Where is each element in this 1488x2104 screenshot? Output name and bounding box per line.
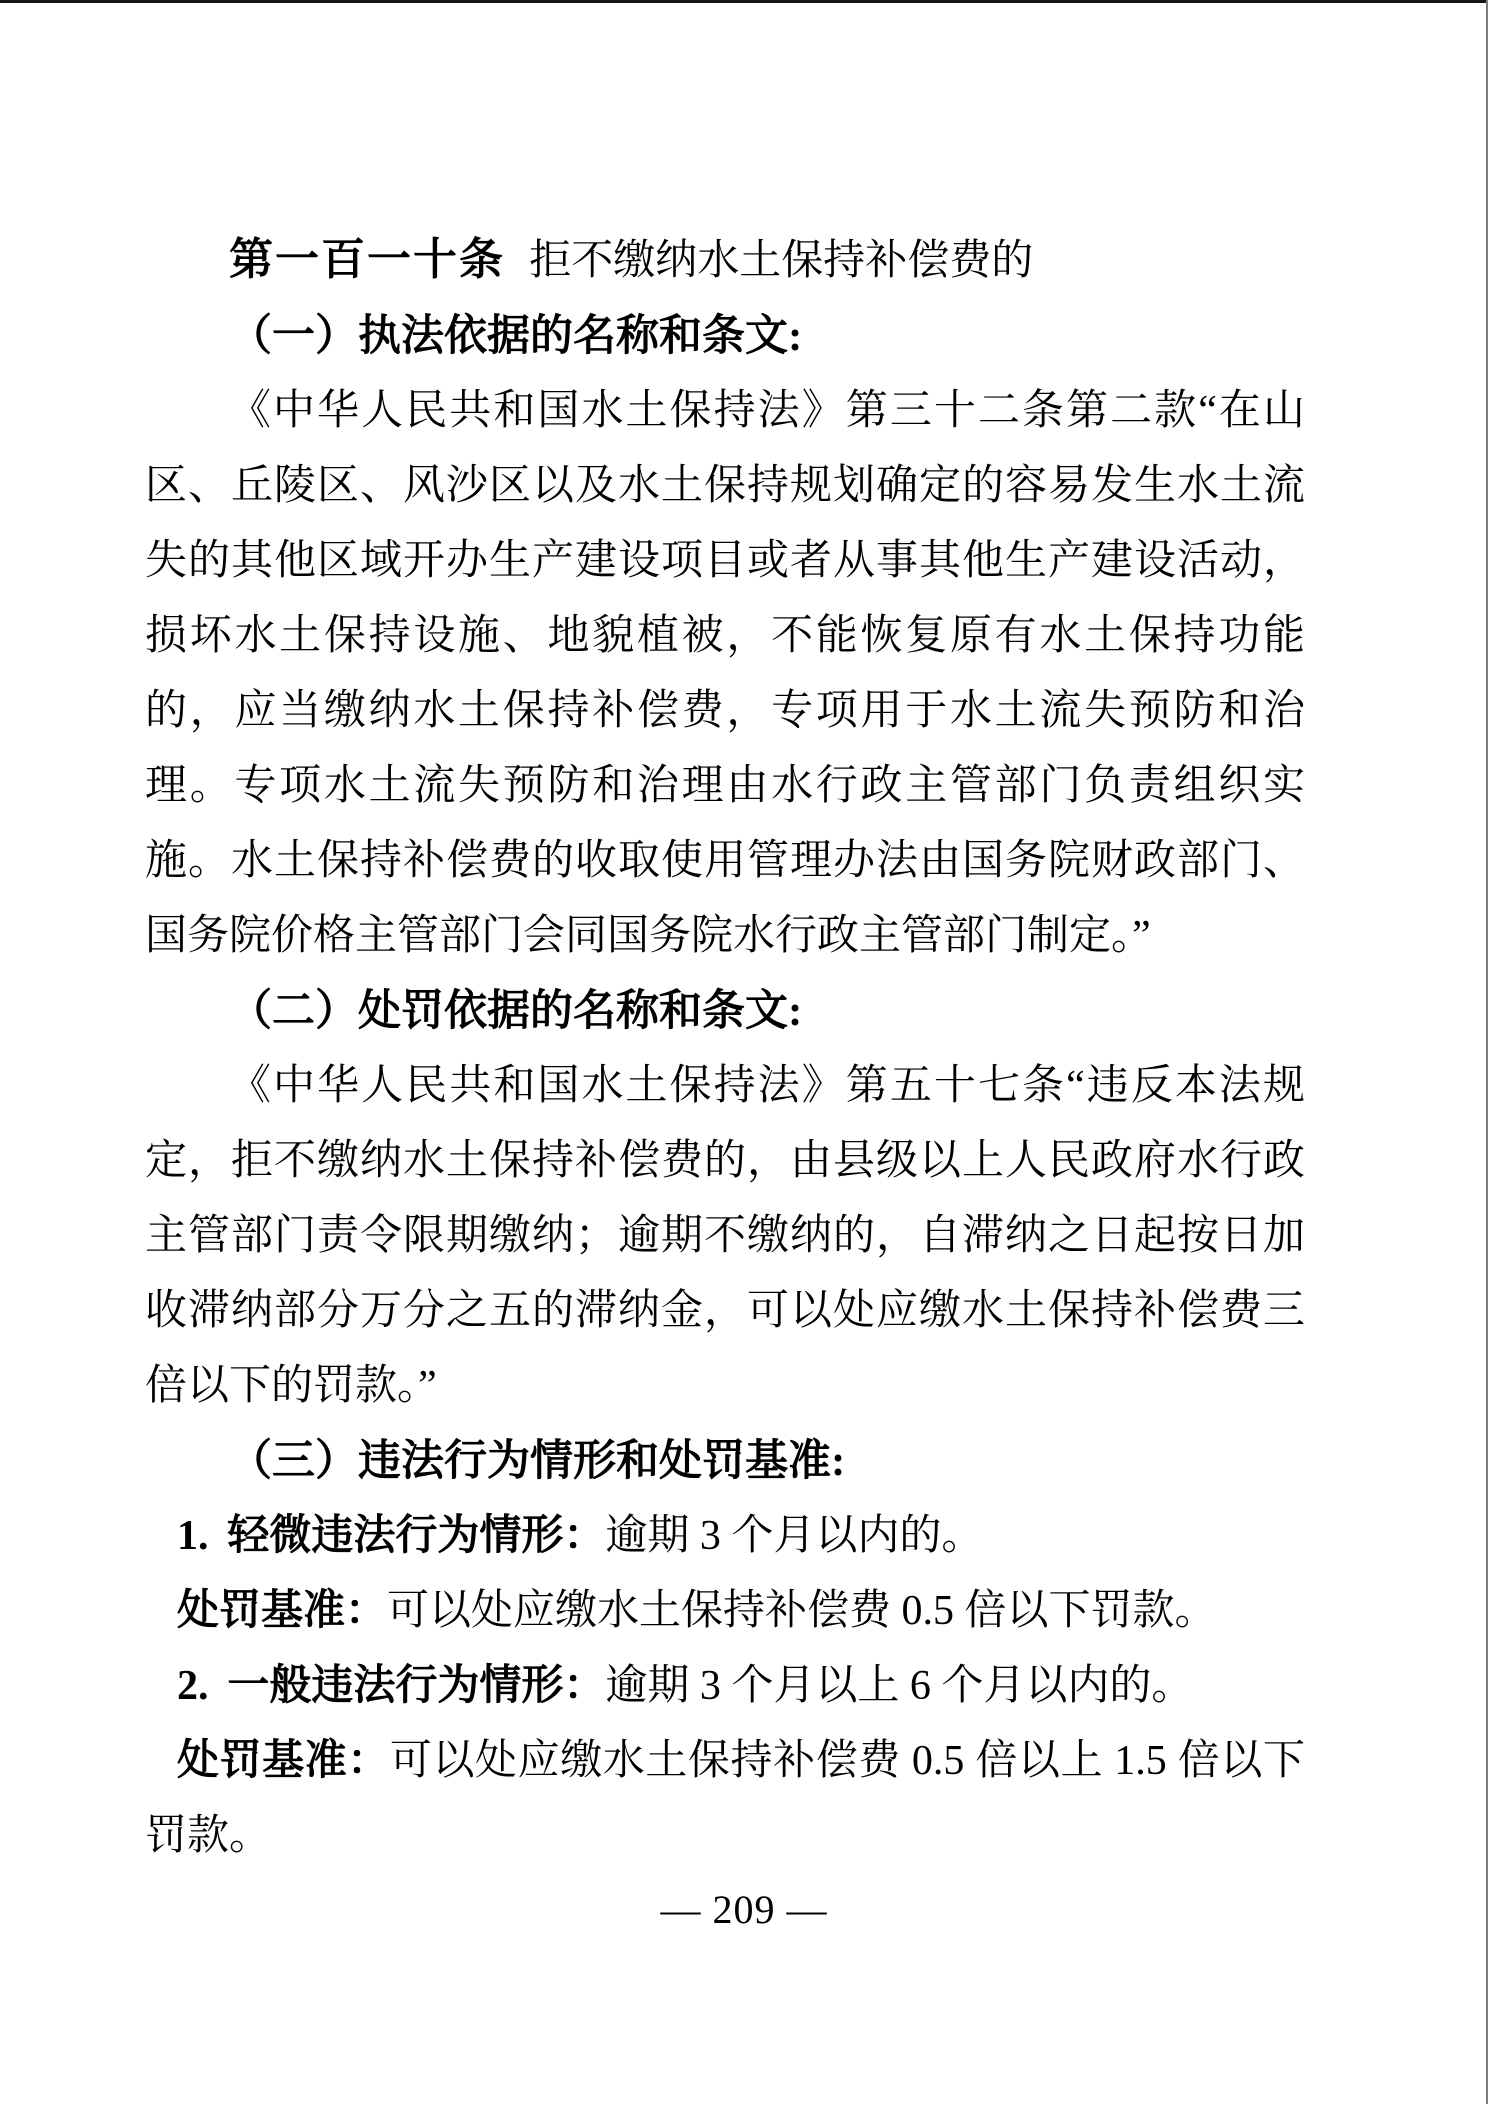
penalty-item-2: 处罚基准：可以处应缴水土保持补偿费 0.5 倍以上 1.5 倍以下罚款。 — [145, 1724, 1305, 1874]
document-page: 第一百一十条拒不缴纳水土保持补偿费的 （一）执法依据的名称和条文: 《中华人民共… — [0, 0, 1488, 2104]
section-3-heading: （三）违法行为情形和处罚基准: — [145, 1424, 1305, 1499]
violation-item-1-number: 1. — [177, 1513, 209, 1559]
violation-item-2-text: 逾期 3 个月以上 6 个月以内的。 — [605, 1663, 1193, 1709]
violation-item-1-label: 轻微违法行为情形： — [227, 1513, 605, 1559]
document-body: 第一百一十条拒不缴纳水土保持补偿费的 （一）执法依据的名称和条文: 《中华人民共… — [145, 222, 1305, 1874]
article-number: 第一百一十条 — [229, 235, 505, 284]
penalty-item-1-label: 处罚基准： — [177, 1588, 387, 1634]
section-2-heading: （二）处罚依据的名称和条文: — [145, 974, 1305, 1049]
section-2-paragraph: 《中华人民共和国水土保持法》第五十七条“违反本法规定，拒不缴纳水土保持补偿费的，… — [145, 1049, 1305, 1424]
penalty-item-2-label: 处罚基准： — [177, 1738, 390, 1784]
article-title: 拒不缴纳水土保持补偿费的 — [529, 238, 1033, 284]
violation-item-2-label: 一般违法行为情形： — [227, 1663, 605, 1709]
penalty-item-1-text: 可以处应缴水土保持补偿费 0.5 倍以下罚款。 — [387, 1588, 1217, 1634]
violation-item-2: 2.一般违法行为情形：逾期 3 个月以上 6 个月以内的。 — [145, 1649, 1305, 1724]
page-number: — 209 — — [0, 1886, 1488, 1934]
penalty-item-1: 处罚基准：可以处应缴水土保持补偿费 0.5 倍以下罚款。 — [145, 1574, 1305, 1649]
violation-item-1: 1.轻微违法行为情形：逾期 3 个月以内的。 — [145, 1499, 1305, 1574]
violation-item-2-number: 2. — [177, 1663, 209, 1709]
section-1-paragraph: 《中华人民共和国水土保持法》第三十二条第二款“在山区、丘陵区、风沙区以及水土保持… — [145, 374, 1305, 974]
section-1-heading: （一）执法依据的名称和条文: — [145, 299, 1305, 374]
top-edge-divider — [0, 0, 1488, 3]
article-heading: 第一百一十条拒不缴纳水土保持补偿费的 — [145, 222, 1305, 299]
violation-item-1-text: 逾期 3 个月以内的。 — [605, 1513, 983, 1559]
